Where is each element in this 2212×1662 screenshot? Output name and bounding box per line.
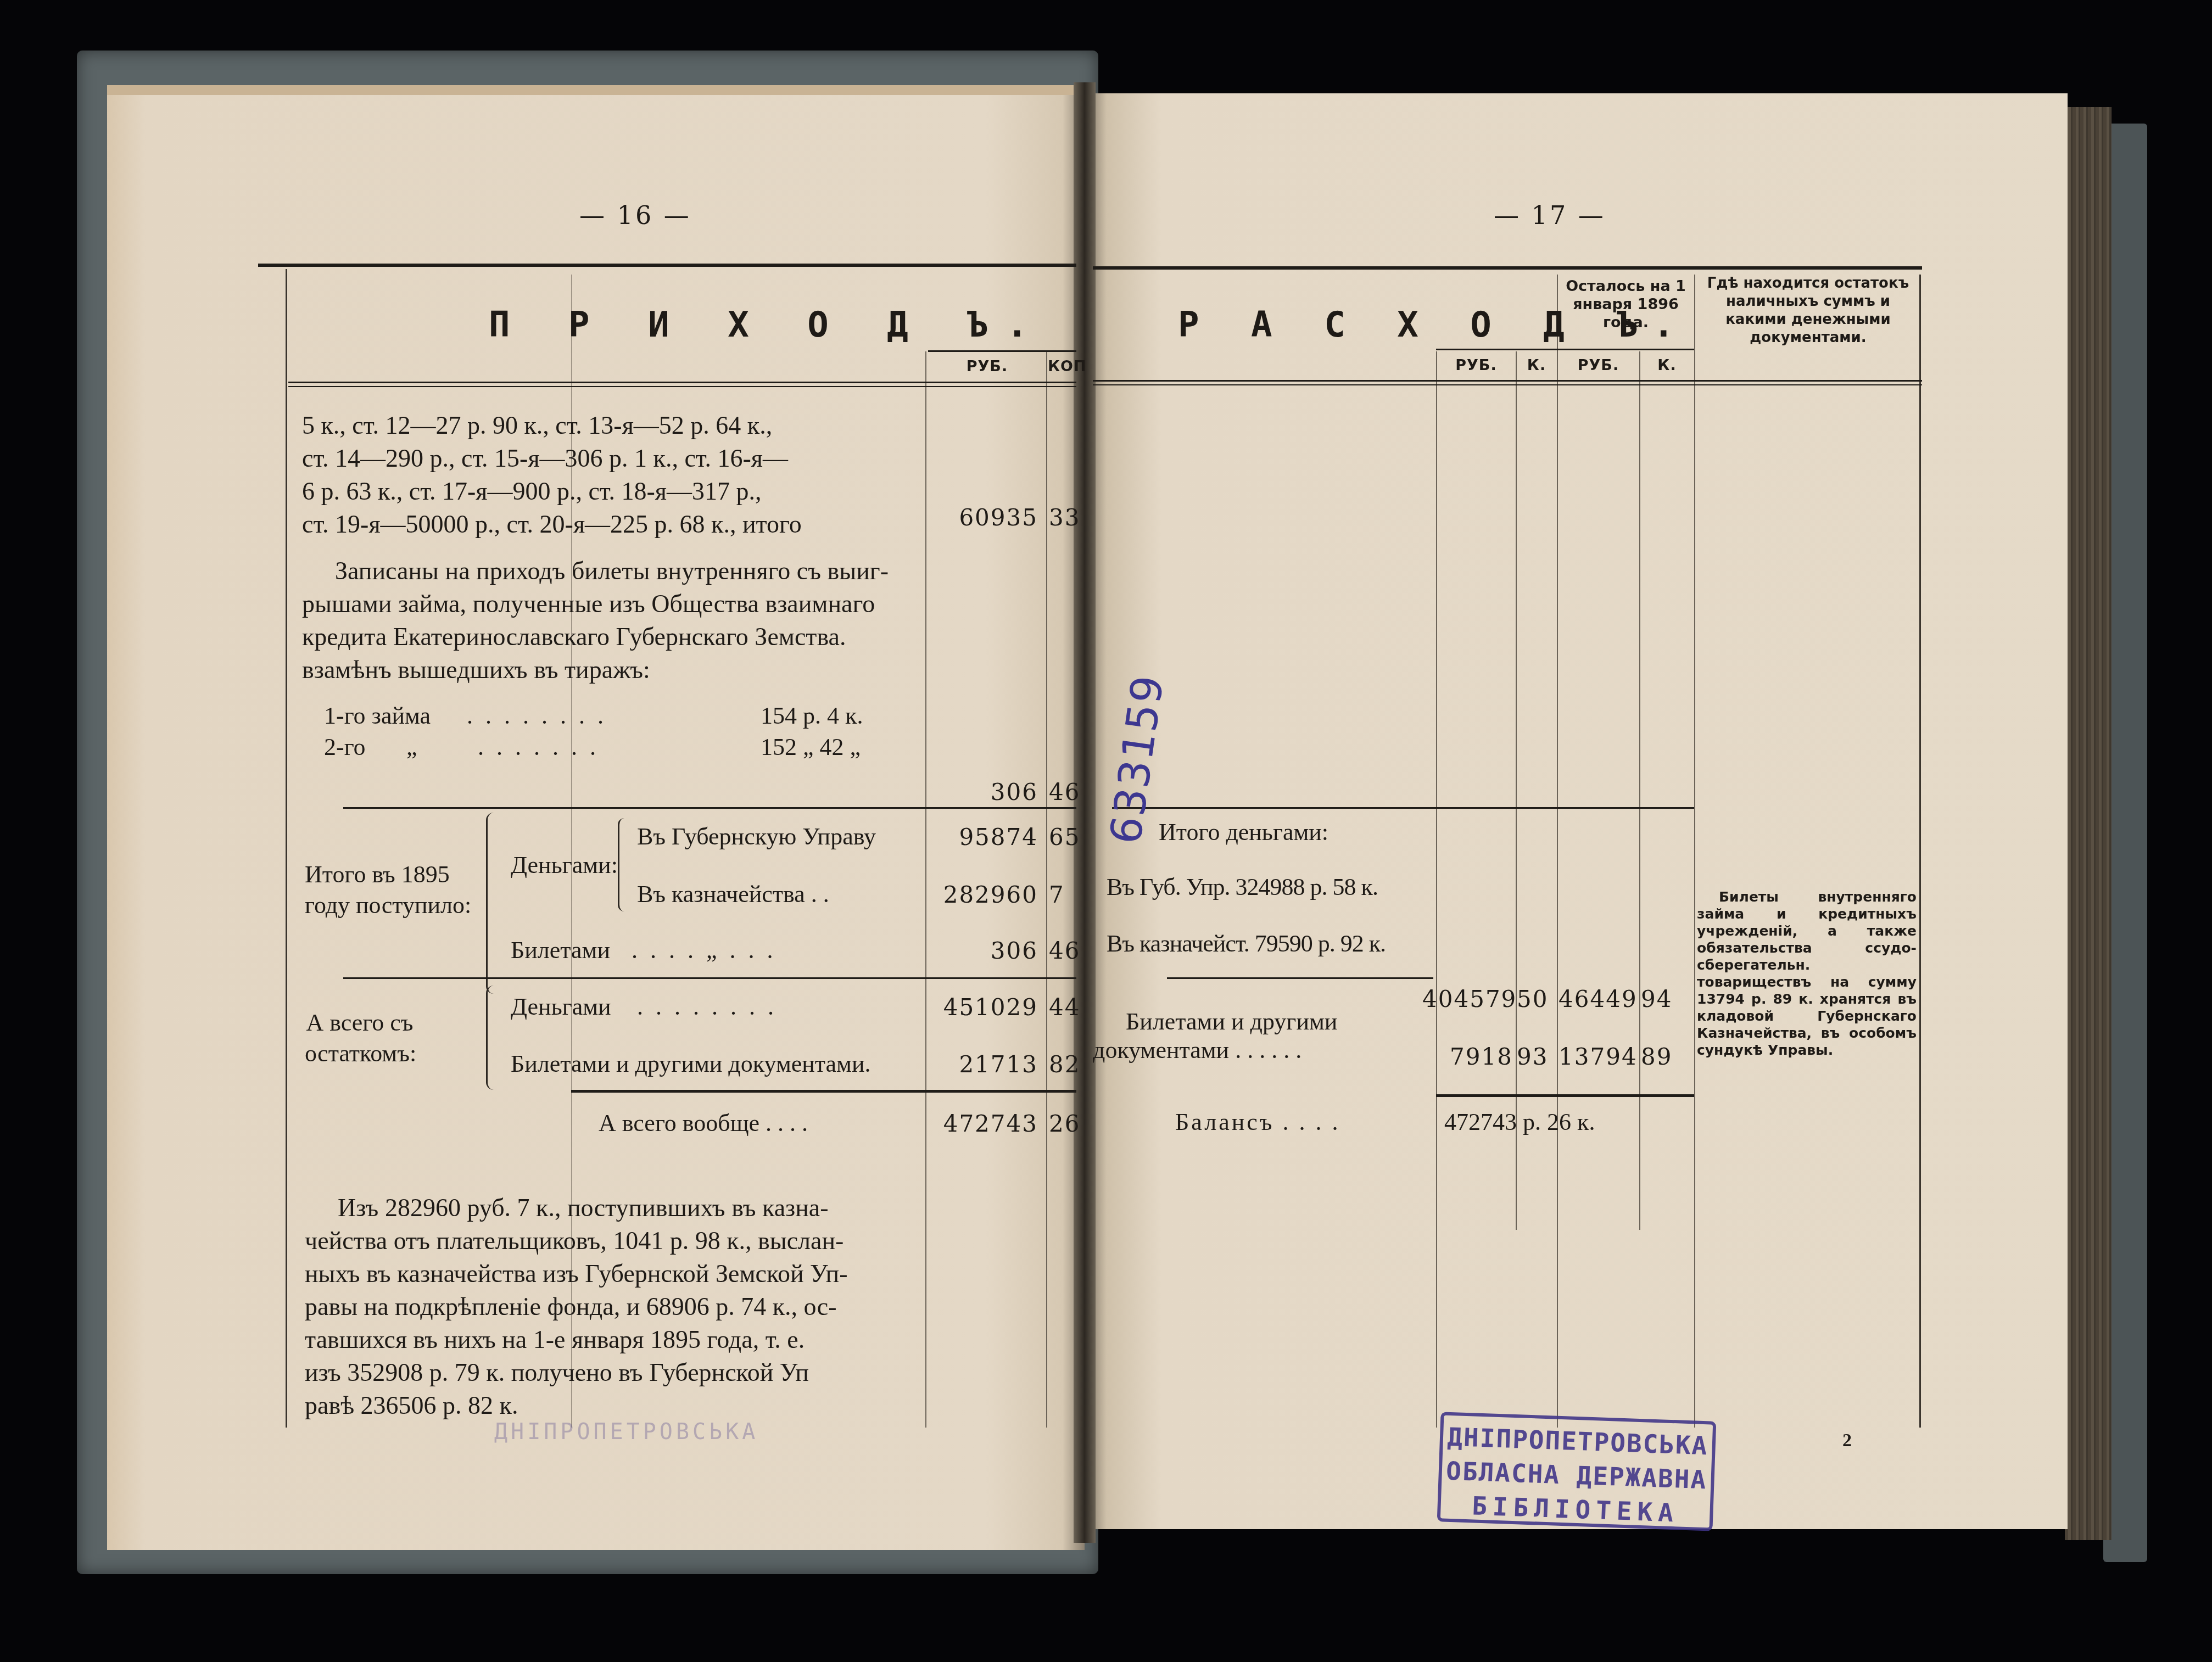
text-line: 5 к., ст. 12—27 р. 90 к., ст. 13-я—52 р.… xyxy=(302,409,912,442)
subheader-rule-right xyxy=(1436,349,1694,350)
text-line: ныхъ въ казначейства изъ Губернской Земс… xyxy=(305,1257,912,1290)
tickets-row-dots: . . . . „ . . . xyxy=(632,936,777,964)
subtotal-rule-right xyxy=(1167,977,1433,979)
loan-total-kop: 46 xyxy=(1049,779,1082,805)
tickets-row-label: Билетами xyxy=(511,936,610,964)
text-line: ст. 19-я—50000 р., ст. 20-я—225 р. 68 к.… xyxy=(302,508,912,541)
money-row-gubernskaya: Въ Губ. Упр. 324988 р. 58 к. xyxy=(1107,873,1378,901)
faded-stamp-line: ДНІПРОПЕТРОВСЬКА xyxy=(494,1417,730,1447)
grand-total-rub: 472743 xyxy=(928,1110,1038,1137)
with-balance-tickets-kop: 82 xyxy=(1049,1051,1082,1078)
section-title-income: П Р И Х О Д Ъ. xyxy=(489,305,1046,345)
loan-item-1-amount: 154 р. 4 к. xyxy=(761,702,863,730)
library-stamp: ДНІПРОПЕТРОВСЬКА ОБЛАСНА ДЕРЖАВНА БІБЛІО… xyxy=(1437,1412,1717,1531)
ditto-mark: „ xyxy=(406,733,417,761)
rub-column-line xyxy=(925,351,926,1428)
column-header-remaining-rub: РУБ. xyxy=(1559,357,1638,374)
text-line: кредита Екатеринославскаго Губернскаго З… xyxy=(302,620,912,653)
with-balance-tickets-rub: 21713 xyxy=(928,1051,1038,1078)
balance-label: Балансъ . . . . xyxy=(1175,1108,1340,1136)
with-balance-money-dots: . . . . . . . . xyxy=(637,993,777,1021)
money-label: Деньгами: xyxy=(511,851,618,879)
column-header-kop: КОП. xyxy=(1048,358,1086,375)
col-line-location xyxy=(1694,275,1695,1428)
page-number-17: — 17 — xyxy=(1494,200,1606,230)
running-text: 5 к., ст. 12—27 р. 90 к., ст. 13-я—52 р.… xyxy=(302,409,912,541)
header-bottom-rule-right-2 xyxy=(1093,384,1922,385)
text-line: рышами займа, полученные изъ Общества вз… xyxy=(302,587,912,620)
money-expense-kop: 50 xyxy=(1517,986,1555,1012)
tickets-row-kop: 46 xyxy=(1049,937,1082,964)
tickets-remaining-rub: 13794 xyxy=(1559,1043,1637,1070)
text-line: ст. 14—290 р., ст. 15-я—306 р. 1 к., ст.… xyxy=(302,442,912,475)
loan-item-2-amount: 152 „ 42 „ xyxy=(761,733,861,761)
page-number-16: — 16 — xyxy=(579,200,691,230)
table-top-rule-right xyxy=(1093,266,1922,270)
text-line: изъ 352908 р. 79 к. получено въ Губернск… xyxy=(305,1356,912,1389)
loan-total-rub: 306 xyxy=(928,779,1038,805)
closing-paragraph: Изъ 282960 руб. 7 к., поступившихъ въ ка… xyxy=(305,1191,912,1422)
col-line-remaining-kop xyxy=(1639,351,1640,1230)
tickets-paragraph: Записаны на приходъ билеты внутренняго с… xyxy=(302,555,912,686)
row-label-treasury: Въ казначейства . . xyxy=(637,880,829,908)
tickets-remaining-kop: 89 xyxy=(1641,1043,1693,1070)
brace-with-balance xyxy=(486,986,494,1090)
row-label-gubernskaya-uprava: Въ Губернскую Управу xyxy=(637,822,876,850)
with-balance-money-label: Деньгами xyxy=(511,993,611,1021)
money-expense-rub: 404579 xyxy=(1422,986,1513,1012)
with-balance-money-kop: 44 xyxy=(1049,994,1082,1021)
text-line: равы на подкрѣпленіе фонда, и 68906 р. 7… xyxy=(305,1290,912,1323)
section-rule xyxy=(343,977,1076,979)
brace-money xyxy=(618,818,625,911)
section-rule xyxy=(343,807,1076,809)
table-top-rule xyxy=(258,264,1076,267)
header-bottom-rule-1 xyxy=(288,382,1076,383)
header-bottom-rule-right xyxy=(1093,380,1922,382)
table-left-border xyxy=(286,269,287,1428)
with-balance-label: А всего съ остаткомъ: xyxy=(305,1008,415,1069)
row-kop-gubernskaya-uprava: 65 xyxy=(1049,824,1082,850)
with-balance-money-rub: 451029 xyxy=(928,994,1038,1021)
section-rule-right xyxy=(1112,807,1694,809)
grand-total-label: А всего вообще . . . . xyxy=(599,1109,808,1137)
location-header: Гдѣ находится остатокъ наличныхъ суммъ и… xyxy=(1700,275,1917,347)
subheader-rule xyxy=(928,350,1076,352)
with-balance-tickets-label: Билетами и другими документами. xyxy=(511,1050,871,1078)
money-remaining-rub: 46449 xyxy=(1559,986,1637,1012)
balance-rule xyxy=(1436,1094,1694,1097)
row-kop-treasury: 7 xyxy=(1049,881,1082,908)
col-line-expense-kop xyxy=(1516,351,1517,1230)
text-line: Изъ 282960 руб. 7 к., поступившихъ въ ка… xyxy=(305,1191,912,1224)
loan-item-1-label: 1-го займа xyxy=(324,702,431,730)
running-total-kop: 33 xyxy=(1049,504,1082,531)
remaining-header: Осталось на 1 января 1896 года. xyxy=(1559,277,1693,332)
loan-item-2-label: 2-го xyxy=(324,733,366,761)
text-line: 6 р. 63 к., ст. 17-я—900 р., ст. 18-я—31… xyxy=(302,475,912,508)
money-row-treasury: Въ казначейст. 79590 р. 92 к. xyxy=(1107,930,1386,958)
total-rule xyxy=(571,1090,1076,1093)
tickets-expense-kop: 93 xyxy=(1517,1043,1555,1070)
column-header-remaining-kop: К. xyxy=(1641,357,1693,374)
money-remaining-kop: 94 xyxy=(1641,986,1693,1012)
money-total-label: Итого деньгами: xyxy=(1159,818,1328,846)
book-fore-edge xyxy=(2065,107,2112,1540)
loan-item-1-dots: . . . . . . . . xyxy=(467,702,607,730)
tickets-expense-rub: 7918 xyxy=(1422,1043,1513,1070)
row-rub-treasury: 282960 xyxy=(928,881,1038,908)
row-rub-gubernskaya-uprava: 95874 xyxy=(928,824,1038,850)
column-header-expense-rub: РУБ. xyxy=(1438,357,1515,374)
text-line: чейства отъ плательщиковъ, 1041 р. 98 к.… xyxy=(305,1224,912,1257)
kop-column-line xyxy=(1046,351,1047,1428)
tickets-docs-label: Билетами и другими документами . . . . .… xyxy=(1093,1008,1422,1065)
text-line: взамѣнъ вышедшихъ въ тиражъ: xyxy=(302,653,912,686)
tickets-row-rub: 306 xyxy=(928,937,1038,964)
brace-received xyxy=(486,813,494,994)
grand-total-kop: 26 xyxy=(1049,1110,1082,1137)
book-gutter xyxy=(1074,82,1096,1543)
text-line: Записаны на приходъ билеты внутренняго с… xyxy=(302,555,912,587)
location-note: Билеты внутренняго займа и кредитныхъ уч… xyxy=(1697,888,1917,1059)
received-1895-label: Итого въ 1895 году поступило: xyxy=(305,859,486,921)
col-line-remaining xyxy=(1557,275,1558,1428)
header-bottom-rule-2 xyxy=(288,386,1076,387)
balance-value: 472743 р. 26 к. xyxy=(1444,1108,1595,1136)
column-header-rub: РУБ. xyxy=(928,358,1046,375)
table-right-border xyxy=(1919,275,1921,1428)
running-total-rub: 60935 xyxy=(928,504,1038,531)
faded-library-stamp: ДНІПРОПЕТРОВСЬКА xyxy=(494,1417,730,1526)
col-line-expense-rub xyxy=(1436,351,1437,1428)
text-line: тавшихся въ нихъ на 1-е января 1895 года… xyxy=(305,1323,912,1356)
signature-mark: 2 xyxy=(1842,1430,1852,1451)
loan-item-2-dots: . . . . . . . xyxy=(478,733,599,761)
column-header-expense-kop: К. xyxy=(1517,357,1556,374)
